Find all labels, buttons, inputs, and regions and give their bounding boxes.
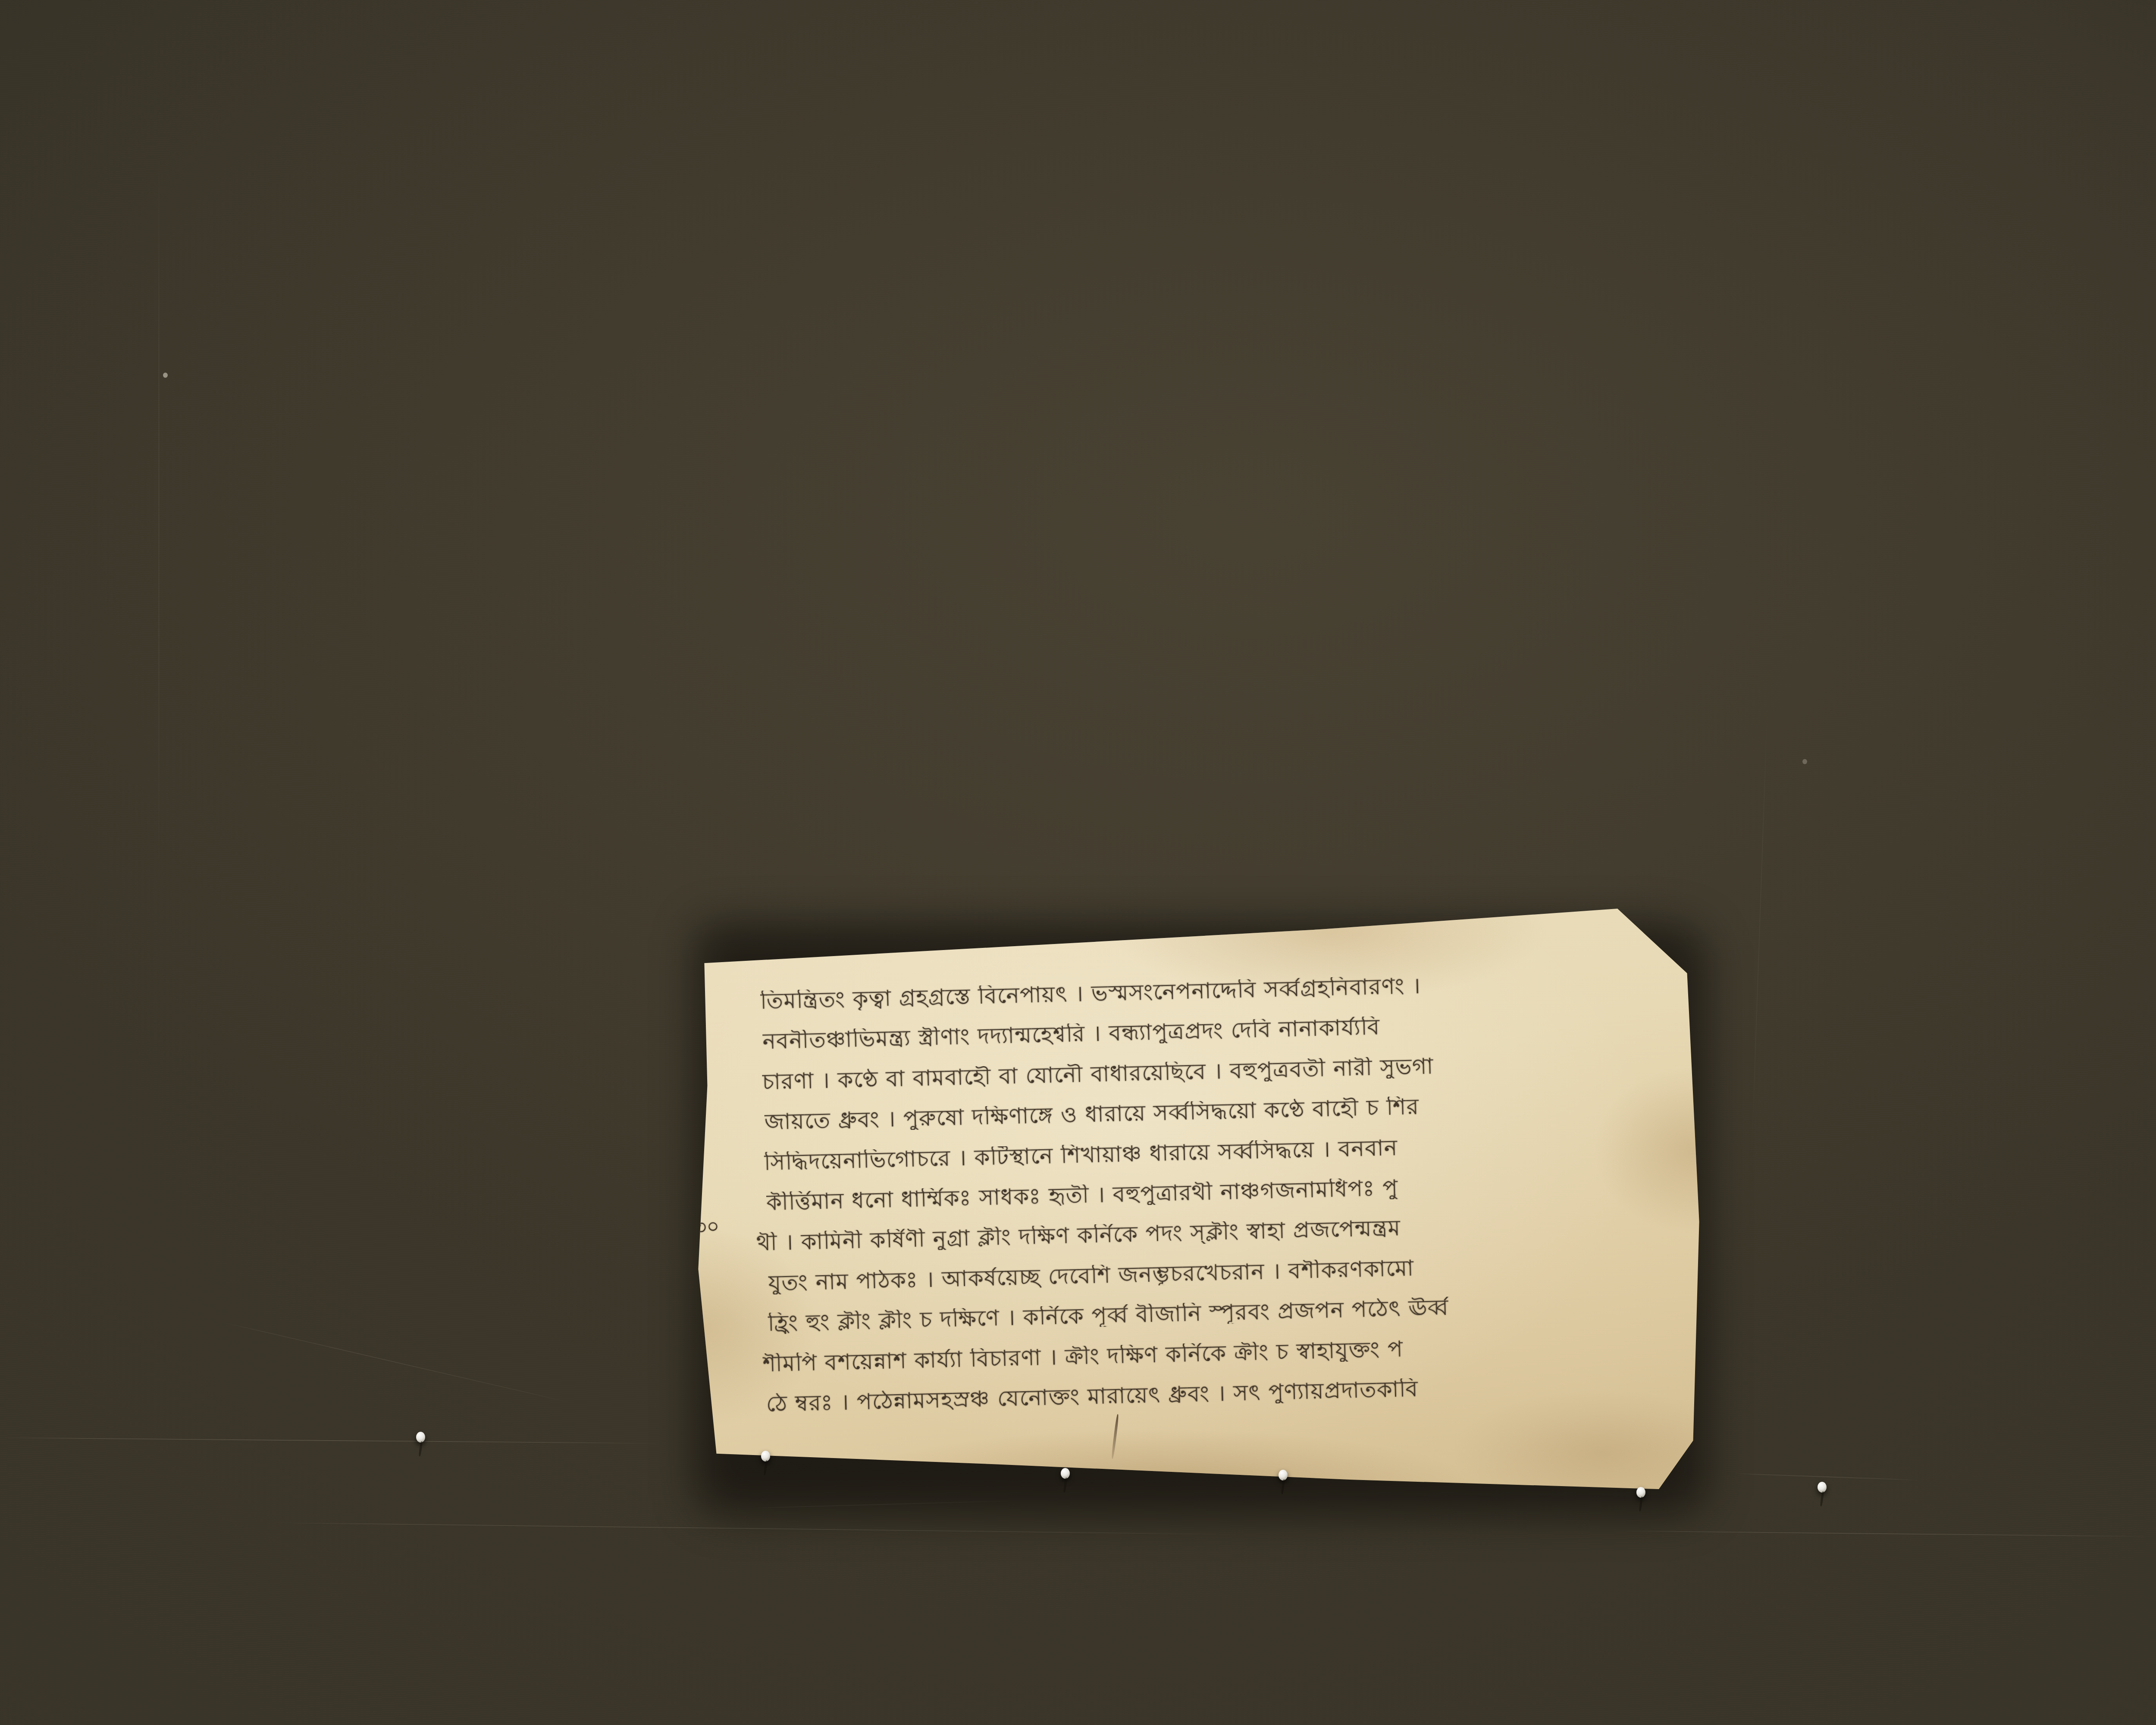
dust-speck	[1802, 759, 1807, 764]
manuscript-line: তিমন্ত্রিতং কৃত্বা গ্রহগ্রস্তে বিনেপায়ৎ…	[760, 970, 1642, 1013]
manuscript-line: কীর্ত্তিমান ধনো ধার্ম্মিকঃ সাধকঃ হৃতী । …	[766, 1171, 1648, 1214]
manuscript-line: নবনীতঞ্চাভিমন্ত্র্য স্ত্রীণাং দদ্যান্মহে…	[762, 1010, 1645, 1053]
manuscript-page: শ্রী৩০ তিমন্ত্রিতং কৃত্বা গ্রহগ্রস্তে বি…	[694, 902, 1703, 1494]
pin	[1818, 1482, 1827, 1493]
manuscript-line: চারণা । কণ্ঠে বা বামবাহৌ বা যোনৌ বাধারয়…	[762, 1051, 1644, 1093]
photo-of-pinned-manuscript: শ্রী৩০ তিমন্ত্রিতং কৃত্বা গ্রহগ্রস্তে বি…	[0, 0, 2156, 1725]
pin	[416, 1432, 425, 1443]
manuscript-text: তিমন্ত্রিতং কৃত্বা গ্রহগ্রস্তে বিনেপায়ৎ…	[760, 970, 1651, 1415]
manuscript-line: জায়তে ধ্রুবং । পুরুষো দক্ষিণাঙ্গে ও ধার…	[764, 1091, 1646, 1133]
manuscript-line: যুতং নাম পাঠকঃ । আকর্ষয়েচ্ছ দেবেশি জনম্…	[768, 1252, 1650, 1295]
dust-speck	[163, 373, 168, 378]
pin	[761, 1451, 770, 1462]
manuscript-line: থী । কামিনী কর্ষিণী নুগ্রা ক্লীং দক্ষিণ …	[756, 1212, 1638, 1255]
manuscript-line: সিদ্ধিদয়েনাভিগোচরে । কটিস্থানে শিখায়াঞ…	[764, 1131, 1646, 1174]
pin	[1061, 1468, 1070, 1479]
manuscript-line: শীমপি বশয়েন্নাশ কার্য্যা বিচারণা । ক্রী…	[762, 1333, 1645, 1375]
pin	[1636, 1487, 1645, 1498]
manuscript-line: ঠে ম্বরঃ । পঠেন্নামসহস্রঞ্চ যেনোক্তং মার…	[766, 1373, 1648, 1415]
pin	[1279, 1470, 1288, 1480]
ink-mark	[1111, 1414, 1119, 1459]
manuscript-line: হ্রিং হুং ক্লীং ক্লীং চ দক্ষিণে । কর্নিক…	[768, 1292, 1650, 1335]
